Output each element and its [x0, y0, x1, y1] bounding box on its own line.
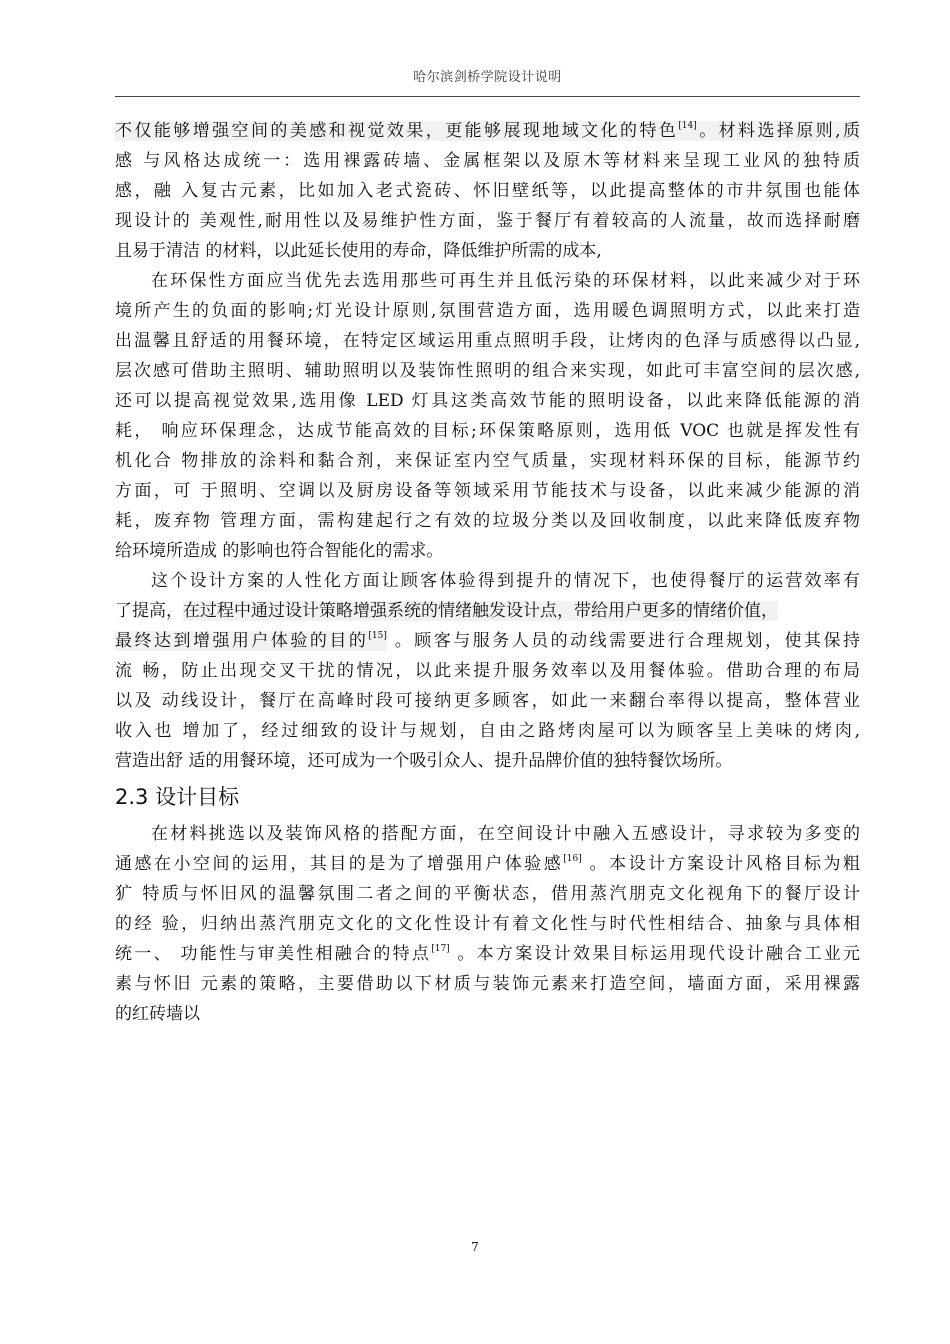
text-line: 方面，可 于照明、空调以及厨房设备等领域采用节能技术与设备，以此来减少能源的消: [115, 476, 860, 506]
text-line: 层次感可借助主照明、辅助照明以及装饰性照明的组合来实现，如此可丰富空间的层次感,: [115, 356, 860, 386]
text-line: 耗， 响应环保理念，达成节能高效的目标;环保策略原则，选用低 VOC 也就是挥发…: [115, 416, 860, 446]
text-line: 的红砖墙以: [115, 999, 860, 1029]
text-line: 现设计的 美观性,耐用性以及易维护性方面，鉴于餐厅有着较高的人流量，故而选择耐磨: [115, 206, 860, 236]
text-line: 收入也 增加了，经过细致的设计与规划，自由之路烤肉屋可以为顾客呈上美味的烤肉,: [115, 716, 860, 746]
paragraph: 这个设计方案的人性化方面让顾客体验得到提升的情况下，也使得餐厅的运营效率有 了提…: [115, 566, 860, 776]
text-line: 给环境所造成 的影响也符合智能化的需求。: [115, 536, 860, 566]
citation: [16]: [563, 854, 581, 864]
text-line: 素与怀旧 元素的策略，主要借助以下材质与装饰元素来打造空间，墙面方面，采用裸露: [115, 969, 860, 999]
text-line: 境所产生的负面的影响;灯光设计原则,氛围营造方面，选用暖色调照明方式，以此来打造: [115, 296, 860, 326]
citation: [17]: [431, 944, 449, 954]
highlighted-text: 最终达到增强用户体验的目的[15]: [115, 631, 387, 651]
paragraph: 在材料挑选以及装饰风格的搭配方面，在空间设计中融入五感设计，寻求较为多变的 通感…: [115, 819, 860, 1029]
text-line: 营造出舒 适的用餐环境，还可成为一个吸引众人、提升品牌价值的独特餐饮场所。: [115, 746, 860, 776]
highlighted-text: 不仅能够增强空间的美感和视觉效果，更能够展现地域文化的特色[14]。材料选择原则…: [115, 121, 860, 141]
text-line: 在材料挑选以及装饰风格的搭配方面，在空间设计中融入五感设计，寻求较为多变的: [115, 819, 860, 849]
text-line: 出温馨且舒适的用餐环境，在特定区域运用重点照明手段，让烤肉的色泽与质感得以凸显,: [115, 326, 860, 356]
text-line: 感 与风格达成统一：选用裸露砖墙、金属框架以及原木等材料来呈现工业风的独特质: [115, 146, 860, 176]
paragraph: 在环保性方面应当优先去选用那些可再生并且低污染的环保材料，以此来减少对于环 境所…: [115, 266, 860, 566]
citation: [14]: [678, 121, 696, 131]
text-line: 感，融 入复古元素，比如加入老式瓷砖、怀旧壁纸等，以此提高整体的市井氛围也能体: [115, 176, 860, 206]
text-line: 还可以提高视觉效果,选用像 LED 灯具这类高效节能的照明设备，以此来降低能源的…: [115, 386, 860, 416]
page-header: 哈尔滨剑桥学院设计说明: [115, 66, 860, 85]
text-line: 耗，废弃物 管理方面，需构建起行之有效的垃圾分类以及回收制度，以此来降低废弃物: [115, 506, 860, 536]
text-line: 不仅能够增强空间的美感和视觉效果，更能够展现地域文化的特色[14]。材料选择原则…: [115, 116, 860, 146]
text-line: 的经 验，归纳出蒸汽朋克文化的文化性设计有着文化性与时代性相结合、抽象与具体相: [115, 909, 860, 939]
text-line: 流 畅，防止出现交叉干扰的情况，以此来提升服务效率以及用餐体验。借助合理的布局: [115, 656, 860, 686]
text-line: 这个设计方案的人性化方面让顾客体验得到提升的情况下，也使得餐厅的运营效率有: [115, 566, 860, 596]
document-body: 不仅能够增强空间的美感和视觉效果，更能够展现地域文化的特色[14]。材料选择原则…: [115, 116, 860, 1029]
text-line: 了提高，在过程中通过设计策略增强系统的情绪触发设计点，带给用户更多的情绪价值，: [115, 596, 860, 626]
text-line: 在环保性方面应当优先去选用那些可再生并且低污染的环保材料，以此来减少对于环: [115, 266, 860, 296]
text-line: 统一、 功能性与审美性相融合的特点[17] 。本方案设计效果目标运用现代设计融合…: [115, 939, 860, 969]
page-number: 7: [0, 1240, 950, 1254]
text-line: 以及 动线设计，餐厅在高峰时段可接纳更多顾客，如此一来翻台率得以提高，整体营业: [115, 686, 860, 716]
text-line: 最终达到增强用户体验的目的[15] 。顾客与服务人员的动线需要进行合理规划，使其…: [115, 626, 860, 656]
text-line: 机化合 物排放的涂料和黏合剂，来保证室内空气质量，实现材料环保的目标，能源节约: [115, 446, 860, 476]
citation: [15]: [368, 631, 386, 641]
text-line: 犷 特质与怀旧风的温馨氛围二者之间的平衡状态，借用蒸汽朋克文化视角下的餐厅设计: [115, 879, 860, 909]
header-rule: [115, 96, 860, 97]
paragraph: 不仅能够增强空间的美感和视觉效果，更能够展现地域文化的特色[14]。材料选择原则…: [115, 116, 860, 266]
text-line: 通感在小空间的运用，其目的是为了增强用户体验感[16] 。本设计方案设计风格目标…: [115, 849, 860, 879]
text-line: 且易于清洁 的材料，以此延长使用的寿命，降低维护所需的成本,: [115, 236, 860, 266]
highlighted-text: 在过程中通过设计策略增强系统的情绪触发设计点，带给用户更多的情绪价值，: [183, 601, 778, 621]
section-heading: 2.3 设计目标: [115, 777, 860, 817]
